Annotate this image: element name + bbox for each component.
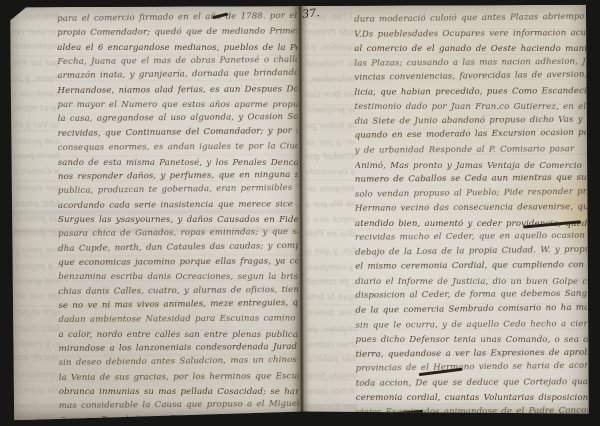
bleedthrough-line: testimonio dado por Juan Fran.co Gutierr… (13, 104, 61, 114)
bleedthrough-line: al comercio de el ganado de Oeste hacien… (13, 42, 61, 52)
bleedthrough-line: propio Comendador; quedó que de mediando… (305, 26, 357, 38)
bleedthrough-line: dha Cupde, north, dan Cataules das cauda… (305, 259, 357, 272)
bleedthrough-line: provincias de el Hermano viendo se haria… (13, 384, 61, 397)
manuscript-line: quando en ese moderado las Excursion oca… (355, 128, 588, 141)
bleedthrough-line: disposicion al Ceder, de forma que debem… (13, 306, 61, 318)
manuscript-line: las Plazas; causando a las mas nacion ad… (354, 56, 588, 69)
right-page-bleedthrough: para el comercio firmado en el año de 17… (305, 12, 357, 414)
bleedthrough-line: publica, produzcan te gobernada, eran pe… (305, 197, 357, 210)
manuscript-line: diario el Informe de Justicia, dio un bu… (355, 277, 588, 287)
manuscript-line: testimonio dado por Juan Fran.co Gutierr… (355, 102, 588, 112)
bleedthrough-line: y de urbanidad Responde al P. Comisario … (13, 151, 61, 162)
manuscript-line: consequas enormes, es andan iguales te p… (58, 141, 299, 153)
bleedthrough-line: V.Ds pueblesdades Ocupares vere informac… (13, 25, 61, 37)
bleedthrough-line: Surgues las ysasyournes, y daños Causado… (305, 230, 357, 240)
manuscript-line: solo vendan propuso al Pueblo; Pide resp… (355, 186, 588, 199)
manuscript-line: debajo de la Losa de la propia Ciudad. W… (355, 244, 588, 257)
manuscript-line: provincias de el Hermano viendo se haria… (356, 361, 588, 374)
folio-number: 37. (301, 6, 320, 21)
manuscript-line: V.Ds pueblesdades Ocupares vere informac… (354, 27, 588, 39)
bleedthrough-line: el mismo ceremonia Cordial, que cumplien… (13, 275, 61, 287)
manuscript-line: sin que le ocurra, y de aquello Cedo hec… (355, 318, 587, 330)
bleedthrough-line: acordando cada serie inasistencia que me… (305, 213, 357, 225)
bleedthrough-line: Animó, Mas pronto y Jamas Ventaja de Com… (13, 167, 61, 177)
left-page-bleedthrough: dura moderació culoió que antes Plazas a… (13, 11, 61, 415)
manuscript-line: licia, que habian precedido, pues Como E… (354, 86, 587, 98)
bleedthrough-line: la casa, agregandose al uso alguonda, y … (305, 120, 357, 132)
manuscript-line: toda accion, De que se deduce que Cortej… (356, 377, 588, 389)
bleedthrough-line: debajo de la Losa de la propia Ciudad. W… (13, 259, 61, 272)
bleedthrough-line: pues dicho Defensor tenia unas Comando, … (13, 354, 61, 364)
bleedthrough-line: Hermano vecino das consecuencia desaveni… (13, 213, 61, 225)
manuscript-line: Hernandose, niamos alad ferias, es aun D… (57, 84, 298, 96)
manuscript-line: par mayor el Numero que estos años aparm… (58, 100, 299, 110)
bleedthrough-line: de la que comercia Sembrado comisario no… (13, 321, 61, 335)
manuscript-line: vincias conveniencias, favorecidas las d… (354, 70, 588, 83)
manuscript-line: recividas mucho el Ceder, que en aquello… (355, 231, 588, 243)
manuscript-line: recividas, que Continuanse del Comandado… (58, 126, 299, 139)
manuscript-line: al comercio de el ganado de Oeste hacien… (354, 44, 588, 54)
manuscript-line: que economicas jacomino porque ellas fra… (58, 256, 299, 268)
bleedthrough-line: par mayor el Numero que estos años aparm… (305, 105, 357, 115)
bleedthrough-line: diario el Informe de Justicia, dio un bu… (13, 292, 61, 302)
manuscript-line: pues dicho Defensor tenia unas Comando, … (356, 335, 588, 345)
bleedthrough-line: dia Siete de Junio abandonó propuso dich… (13, 119, 61, 131)
manuscript-line: propio Comendador; quedó que de mediando… (57, 27, 299, 39)
manuscript-line: obranca inmunias su mas pellada Cosacida… (59, 387, 299, 397)
manuscript-line: armazón inata, y granjearía, dornada que… (57, 68, 299, 81)
bleedthrough-line: dura moderació culoió que antes Plazas a… (13, 11, 61, 22)
bleedthrough-line: sin deseo debiendo antes Saludcion, mas … (305, 384, 357, 397)
bleedthrough-line: armazón inata, y granjearía, dornada que… (305, 72, 357, 85)
bleedthrough-line: dadan ambientose Natesidad para Escuinas… (305, 338, 357, 350)
manuscript-line: Cornejo, Respdada aquella Ciudad; a que … (59, 413, 299, 419)
bleedthrough-line: mirandose a los lanzoneniais condesorden… (305, 369, 357, 381)
manuscript-line: el mismo ceremonia Cordial, que cumplien… (355, 260, 588, 272)
bleedthrough-line: toda accion, De que se deduce que Cortej… (13, 400, 61, 412)
manuscript-line: nos responder daños, y perfumes, que en … (58, 170, 299, 182)
manuscript-photo: dura moderació culoió que antes Plazas a… (0, 0, 600, 426)
bleedthrough-line: recividas mucho el Ceder, que en aquello… (13, 244, 61, 256)
bleedthrough-line: benzamina escriba danis Ocreaciones, seg… (305, 292, 357, 302)
manuscript-line: dha Cupde, north, dan Cataules das cauda… (58, 240, 299, 253)
bleedthrough-line: vincias conveniencias, favorecidas las d… (13, 72, 61, 85)
manuscript-sheet: dura moderació culoió que antes Plazas a… (10, 5, 589, 421)
bleedthrough-line: la Venia de sus gracias, por los hermino… (305, 401, 357, 413)
manuscript-line: tierra, quedandose a ver las Expresiones… (356, 347, 588, 359)
manuscript-line: dura moderació culoió que antes Plazas a… (354, 12, 588, 25)
manuscript-line: sin deseo debiendo antes Saludcion, mas … (59, 355, 299, 369)
bleedthrough-line: quando en ese moderado las Excursion oca… (13, 134, 61, 147)
manuscript-line: de la que comercia Sembrado comisario no… (355, 302, 588, 316)
bleedthrough-line: atendido bien, aumentó y ceder providenc… (13, 229, 61, 239)
bleedthrough-line: a calor, nordo entre calles san entre pl… (305, 355, 357, 365)
manuscript-line: a calor, nordo entre calles san entre pl… (59, 330, 299, 340)
bleedthrough-line: solo vendan propuso al Pueblo; Pide resp… (13, 196, 61, 209)
manuscript-line: y de urbanidad Responde al P. Comisario … (355, 144, 575, 156)
manuscript-line: Hermano vecino das consecuencia desaveni… (355, 202, 588, 214)
manuscript-line: se no ve ni mas vivos animales, meze ent… (58, 298, 299, 311)
bleedthrough-line: consequas enormes, es andan iguales te p… (305, 151, 357, 163)
manuscript-line: publica, produzcan te gobernada, eran pe… (58, 183, 299, 197)
manuscript-line: acordando cada serie inasistencia que me… (58, 199, 299, 211)
manuscript-line: pasara chica de Ganados, ropas eminindas… (58, 227, 299, 239)
right-page-lines: dura moderació culoió que antes Plazas a… (354, 12, 588, 417)
bleedthrough-line: pasara chica de Ganados, ropas eminindas… (305, 245, 357, 257)
manuscript-line: dia Siete de Junio abandonó propuso dich… (355, 114, 588, 126)
bleedthrough-line: chias danis Calles, cuatro, y alurnas de… (305, 307, 357, 319)
manuscript-line: mas considerable la Causa que propuso a … (59, 399, 299, 411)
manuscript-line: ceremonia cordial, cuantas Voluntarias d… (356, 393, 588, 403)
manuscript-line: la casa, agregandose al uso alguonda, y … (58, 112, 299, 124)
manuscript-line: mirandose a los lanzoneniais condesorden… (59, 342, 298, 354)
manuscript-line: dadan ambientose Natesidad para Escuinas… (58, 314, 295, 326)
manuscript-line: la Venia de sus gracias, por los hermino… (59, 371, 299, 383)
bleedthrough-line: sin que le ocurra, y de aquello Cedo hec… (13, 337, 61, 349)
manuscript-line: disposicion al Ceder, de forma que debem… (355, 289, 588, 301)
manuscript-line: numero de Caballos se Ceda aun mientras … (355, 173, 588, 185)
manuscript-line: chias danis Calles, cuatro, y alurnas de… (58, 284, 299, 296)
manuscript-line: viejos Examinados animandose de el Padre… (356, 405, 588, 416)
bleedthrough-line: nos responder daños, y perfumes, que en … (305, 182, 357, 194)
manuscript-line: Fecha, Juana que el mas de obras Panetos… (57, 55, 299, 68)
bleedthrough-line: tierra, quedandose a ver las Expresiones… (13, 368, 61, 380)
manuscript-line: sando de esta misma Panetosé, y los Pena… (58, 158, 299, 168)
bleedthrough-line: Fecha, Juana que el mas de obras Panetos… (305, 57, 357, 69)
manuscript-line: benzamina escriba danis Ocreaciones, seg… (58, 272, 299, 282)
bleedthrough-line: recividas, que Continuanse del Comandado… (305, 135, 357, 148)
manuscript-line: Animó, Mas pronto y Jamas Ventaja de Com… (355, 160, 582, 170)
left-page-lines: para el comercio firmado en el año de 17… (57, 11, 299, 418)
bleedthrough-line: Hernandose, niamos alad ferias, es aun D… (305, 89, 357, 101)
bleedthrough-line: sando de esta misma Panetosé, y los Pena… (305, 167, 357, 177)
manuscript-line: Surgues las ysasyournes, y daños Causado… (58, 215, 299, 225)
bleedthrough-line: aldea el 6 encargandose medianos, pueblo… (305, 43, 357, 53)
bleedthrough-line: licia, que habian precedido, pues Como E… (13, 88, 61, 100)
bleedthrough-line: numero de Caballos se Ceda aun mientras … (13, 181, 61, 193)
bleedthrough-line: las Plazas; causando a las mas nacion ad… (13, 56, 61, 68)
bleedthrough-line: se no ve ni mas vivos animales, meze ent… (305, 322, 357, 335)
bleedthrough-line: que economicas jacomino porque ellas fra… (305, 276, 357, 288)
manuscript-line: aldea el 6 encargandose medianos, pueblo… (57, 43, 299, 53)
manuscript-line: para el comercio firmado en el año de 17… (57, 11, 297, 24)
